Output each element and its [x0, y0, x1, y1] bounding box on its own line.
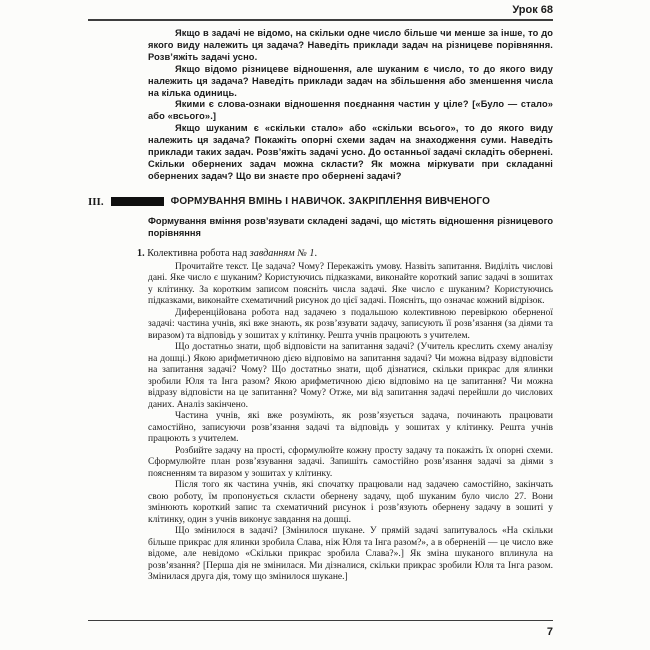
- body-paragraph: Диференційована робота над задачею з под…: [148, 308, 553, 343]
- activity-label-task-reference: завданням № 1: [250, 248, 315, 259]
- body-paragraph: Розбийте задачу на прості, сформулюйте к…: [148, 446, 553, 481]
- question-paragraph: Якщо відомо різницеве відношення, але шу…: [148, 64, 553, 100]
- section-heading-row: III. ФОРМУВАННЯ ВМІНЬ І НАВИЧОК. ЗАКРІПЛ…: [88, 196, 553, 208]
- lesson-objective: Формування вміння розв’язувати складені …: [148, 216, 553, 240]
- body-paragraph: Прочитайте текст. Це задача? Чому? Перек…: [148, 262, 553, 308]
- methodology-text-block: Прочитайте текст. Це задача? Чому? Перек…: [148, 262, 553, 584]
- question-paragraph: Якими є слова-ознаки відношення поєднанн…: [148, 99, 553, 123]
- activity-number: 1.: [137, 248, 145, 259]
- footer-rule: [88, 620, 553, 621]
- activity-label-suffix: .: [314, 248, 317, 259]
- intro-questions-block: Якщо в задачі не відомо, на скільки одне…: [148, 28, 553, 183]
- question-paragraph: Якщо шуканим є «скільки стало» або «скіл…: [148, 123, 553, 183]
- scanned-book-page: Урок 68 Якщо в задачі не відомо, на скіл…: [0, 0, 650, 650]
- header-rule: [88, 19, 553, 21]
- body-paragraph: Що змінилося в задачі? [Змінилося шукане…: [148, 526, 553, 584]
- section-marker-bar: [111, 197, 164, 206]
- section-title: ФОРМУВАННЯ ВМІНЬ І НАВИЧОК. ЗАКРІПЛЕННЯ …: [171, 196, 491, 207]
- activity-item: 1. Колективна робота над завданням № 1.: [137, 248, 553, 260]
- section-numeral: III.: [88, 196, 104, 208]
- page-number: 7: [547, 626, 553, 638]
- activity-label-prefix: Колективна робота над: [145, 248, 250, 259]
- running-head-lesson-label: Урок 68: [88, 4, 553, 17]
- body-paragraph: Після того як частина учнів, які спочатк…: [148, 480, 553, 526]
- body-paragraph: Частина учнів, які вже розуміють, як роз…: [148, 411, 553, 446]
- body-paragraph: Що достатньо знати, щоб відповісти на за…: [148, 342, 553, 411]
- question-paragraph: Якщо в задачі не відомо, на скільки одне…: [148, 28, 553, 64]
